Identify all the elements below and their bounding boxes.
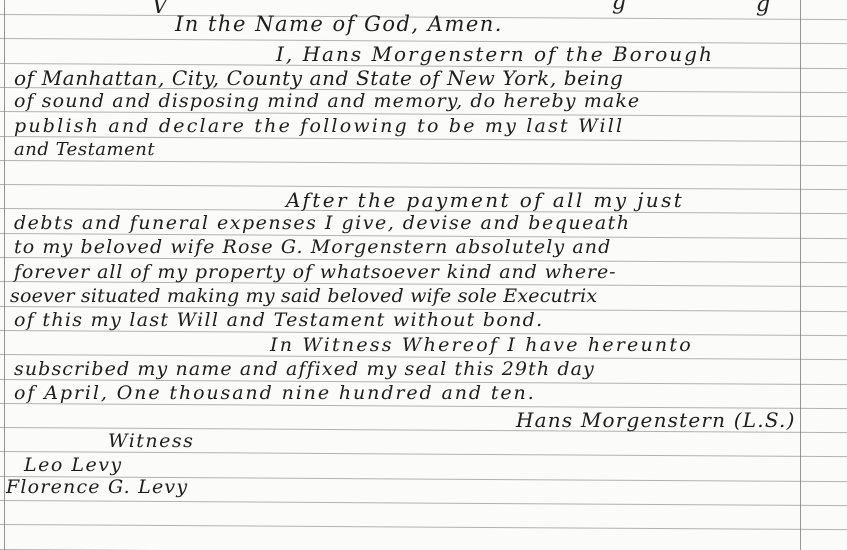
will-line-14: of April, One thousand nine hundred and … (14, 384, 536, 403)
ruled-line (0, 160, 847, 166)
witness-signature-2: Florence G. Levy (6, 478, 188, 497)
ruled-line (0, 524, 847, 530)
will-heading: In the Name of God, Amen. (175, 14, 503, 35)
will-line-2: of Manhattan, City, County and State of … (14, 68, 623, 88)
will-line-10: soever situated making my said beloved w… (10, 287, 597, 306)
left-margin-line (4, 0, 5, 550)
will-line-9: forever all of my property of whatsoever… (14, 263, 617, 282)
will-line-5: and Testament (14, 141, 155, 159)
top-fragment-descender: g (756, 0, 770, 17)
will-line-8: to my beloved wife Rose G. Morgenstern a… (14, 238, 611, 257)
witness-label: Witness (108, 432, 194, 451)
will-line-4: publish and declare the following to be … (14, 117, 624, 136)
will-line-11: of this my last Will and Testament witho… (14, 311, 543, 330)
ruled-line (0, 500, 847, 506)
top-fragment-descender: g (612, 0, 626, 15)
will-line-1: I, Hans Morgenstern of the Borough (276, 44, 714, 64)
will-line-12: In Witness Whereof I have hereunto (270, 336, 693, 355)
testator-signature: Hans Morgenstern (L.S.) (516, 410, 796, 430)
scanned-will-page: V g g In the Name of God, Amen. I, Hans … (0, 0, 847, 550)
will-line-7: debts and funeral expenses I give, devis… (14, 214, 631, 233)
top-fragment-check: V (152, 0, 168, 19)
will-line-13: subscribed my name and affixed my seal t… (14, 360, 595, 379)
will-line-6: After the payment of all my just (286, 190, 684, 210)
witness-signature-1: Leo Levy (24, 456, 123, 475)
will-line-3: of sound and disposing mind and memory, … (14, 92, 640, 111)
right-margin-line (800, 0, 801, 550)
